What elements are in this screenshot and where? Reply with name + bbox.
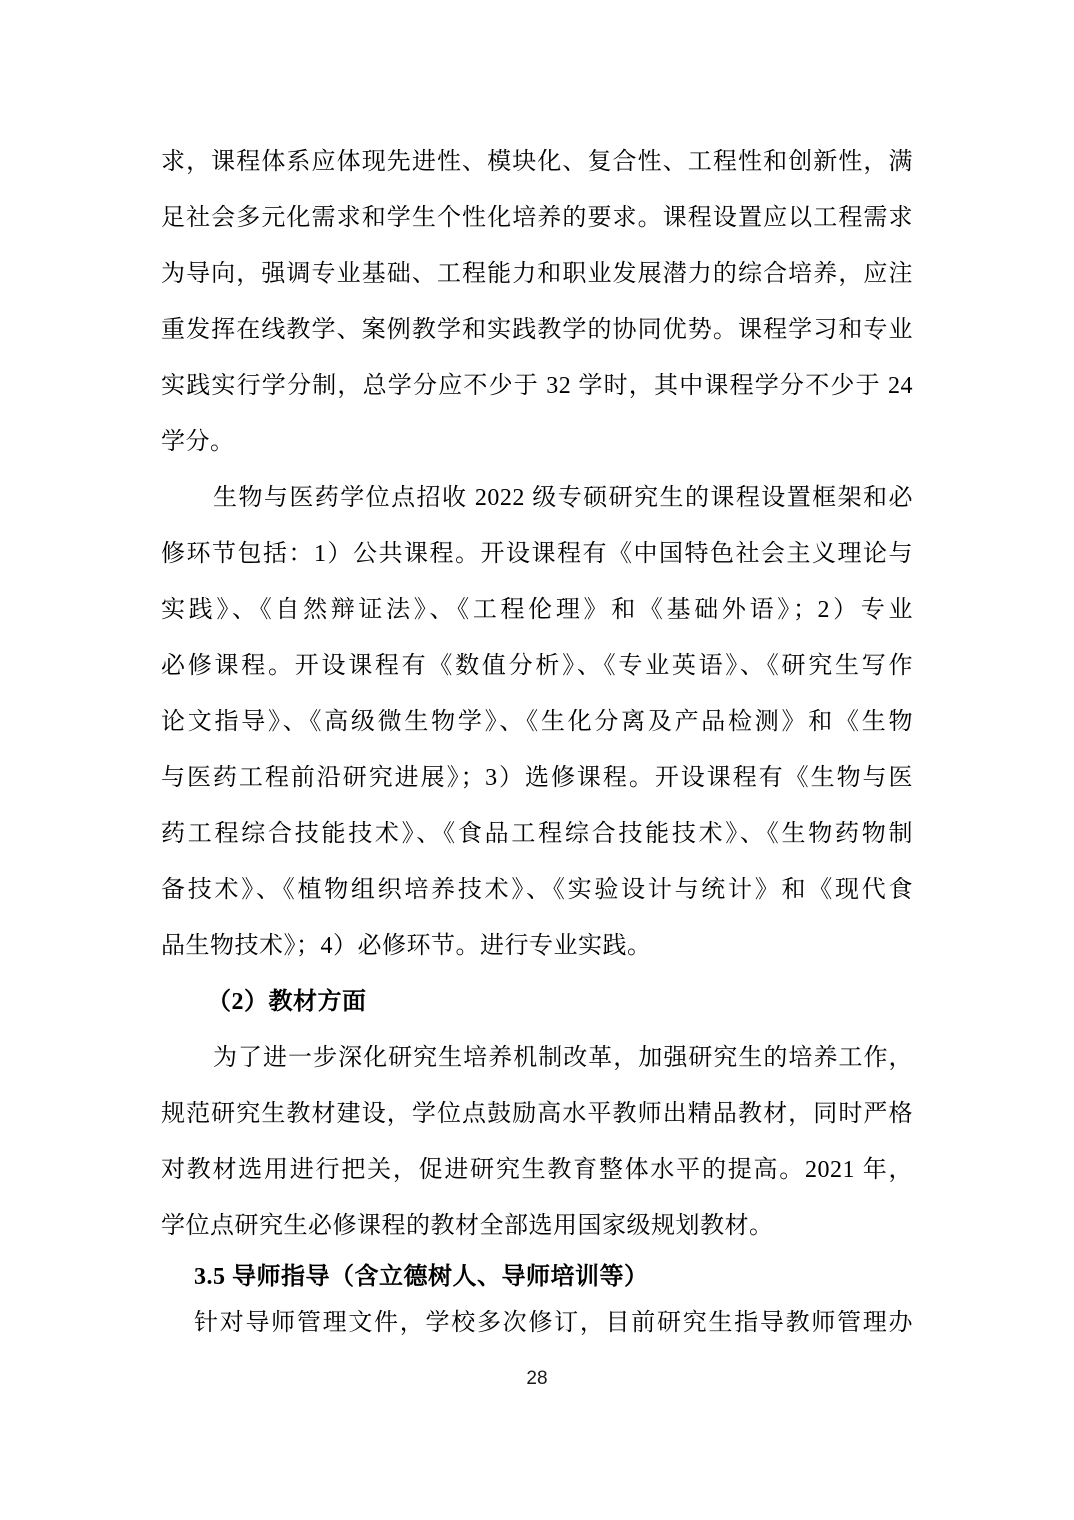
paragraph-line: 为导向，强调专业基础、工程能力和职业发展潜力的综合培养，应注 (161, 246, 913, 302)
paragraph-line: 针对导师管理文件，学校多次修订，目前研究生指导教师管理办 (161, 1300, 913, 1346)
paragraph-line: 生物与医药学位点招收 2022 级专硕研究生的课程设置框架和必 (161, 470, 913, 526)
paragraph-line: 备技术》、《植物组织培养技术》、《实验设计与统计》和《现代食 (161, 862, 913, 918)
paragraph-line: 修环节包括：1）公共课程。开设课程有《中国特色社会主义理论与 (161, 526, 913, 582)
section-heading-mentor-guidance: 3.5 导师指导（含立德树人、导师培训等） (161, 1254, 913, 1300)
paragraph-line: 规范研究生教材建设，学位点鼓励高水平教师出精品教材，同时严格 (161, 1086, 913, 1142)
document-page: 求，课程体系应体现先进性、模块化、复合性、工程性和创新性，满 足社会多元化需求和… (0, 0, 1074, 1520)
paragraph-line: 论文指导》、《高级微生物学》、《生化分离及产品检测》和《生物 (161, 694, 913, 750)
section-heading-textbooks: （2）教材方面 (161, 974, 913, 1030)
document-body: 求，课程体系应体现先进性、模块化、复合性、工程性和创新性，满 足社会多元化需求和… (161, 134, 913, 1346)
paragraph-line: 足社会多元化需求和学生个性化培养的要求。课程设置应以工程需求 (161, 190, 913, 246)
paragraph-line: 必修课程。开设课程有《数值分析》、《专业英语》、《研究生写作 (161, 638, 913, 694)
paragraph-line: 实践实行学分制，总学分应不少于 32 学时，其中课程学分不少于 24 (161, 358, 913, 414)
paragraph-line: 求，课程体系应体现先进性、模块化、复合性、工程性和创新性，满 (161, 134, 913, 190)
paragraph-line: 与医药工程前沿研究进展》；3）选修课程。开设课程有《生物与医 (161, 750, 913, 806)
page-number: 28 (526, 1368, 547, 1389)
paragraph-line: 学位点研究生必修课程的教材全部选用国家级规划教材。 (161, 1198, 913, 1254)
paragraph-line: 品生物技术》；4）必修环节。进行专业实践。 (161, 918, 913, 974)
page-footer: 28 (0, 1366, 1074, 1392)
paragraph-line: 药工程综合技能技术》、《食品工程综合技能技术》、《生物药物制 (161, 806, 913, 862)
paragraph-line: 为了进一步深化研究生培养机制改革，加强研究生的培养工作， (161, 1030, 913, 1086)
paragraph-line: 学分。 (161, 414, 913, 470)
paragraph-line: 重发挥在线教学、案例教学和实践教学的协同优势。课程学习和专业 (161, 302, 913, 358)
paragraph-line: 对教材选用进行把关，促进研究生教育整体水平的提高。2021 年， (161, 1142, 913, 1198)
paragraph-line: 实践》、《自然辩证法》、《工程伦理》和《基础外语》；2）专业 (161, 582, 913, 638)
